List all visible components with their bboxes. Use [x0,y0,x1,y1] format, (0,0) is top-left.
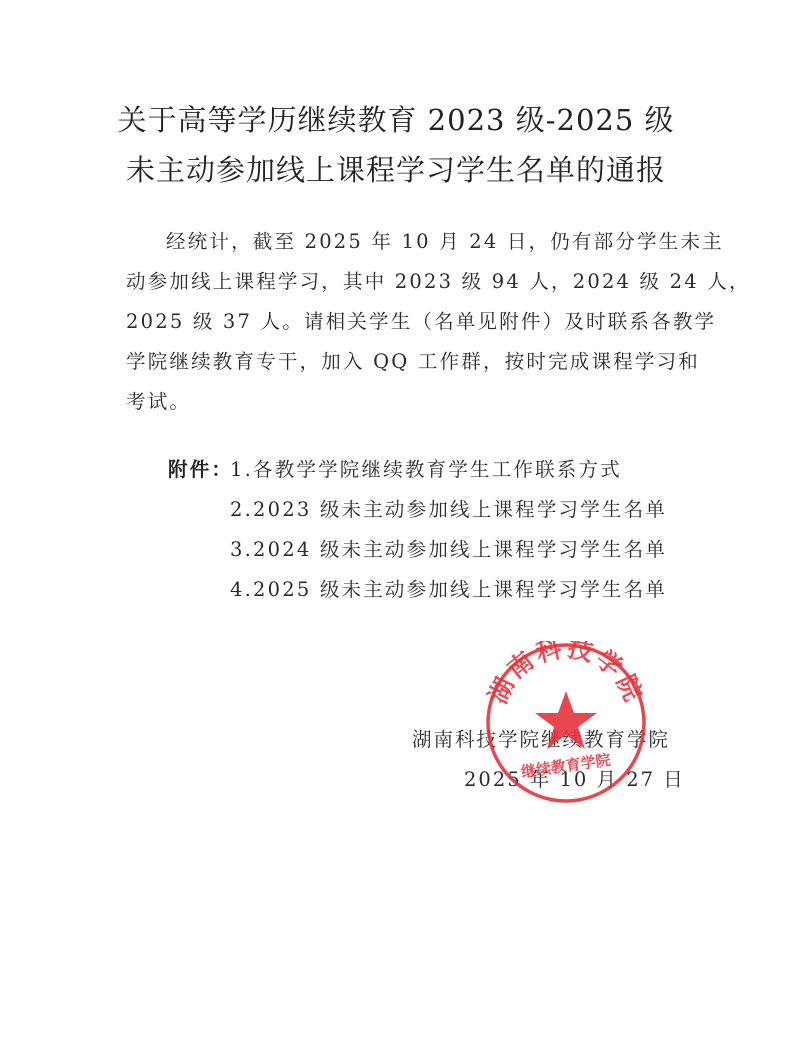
body-line-5: 考试。 [126,386,191,414]
attachment-item: 3.2024 级未主动参加线上课程学习学生名单 [230,534,667,562]
stamp-outer-text: 湖南科技学院 [484,641,648,708]
title-line-2: 未主动参加线上课程学习学生名单的通报 [0,148,792,189]
signature-date: 2025 年 10 月 27 日 [464,764,685,792]
attachment-item: 4.2025 级未主动参加线上课程学习学生名单 [230,574,667,602]
body-line-4: 学院继续教育专干，加入 QQ 工作群，按时完成课程学习和 [126,346,700,374]
signature-organization: 湖南科技学院继续教育学院 [412,724,670,752]
svg-text:湖南科技学院: 湖南科技学院 [484,641,648,708]
attachment-item: 2.2023 级未主动参加线上课程学习学生名单 [230,494,667,522]
body-line-1: 经统计，截至 2025 年 10 月 24 日，仍有部分学生未主 [166,226,724,254]
body-line-2: 动参加线上课程学习，其中 2023 级 94 人，2024 级 24 人， [126,266,751,294]
attachments-label: 附件： [168,454,233,482]
body-line-3: 2025 级 37 人。请相关学生（名单见附件）及时联系各教学 [126,306,716,334]
attachment-item: 1.各教学学院继续教育学生工作联系方式 [230,454,622,482]
title-line-1: 关于高等学历继续教育 2023 级-2025 级 [0,98,792,139]
